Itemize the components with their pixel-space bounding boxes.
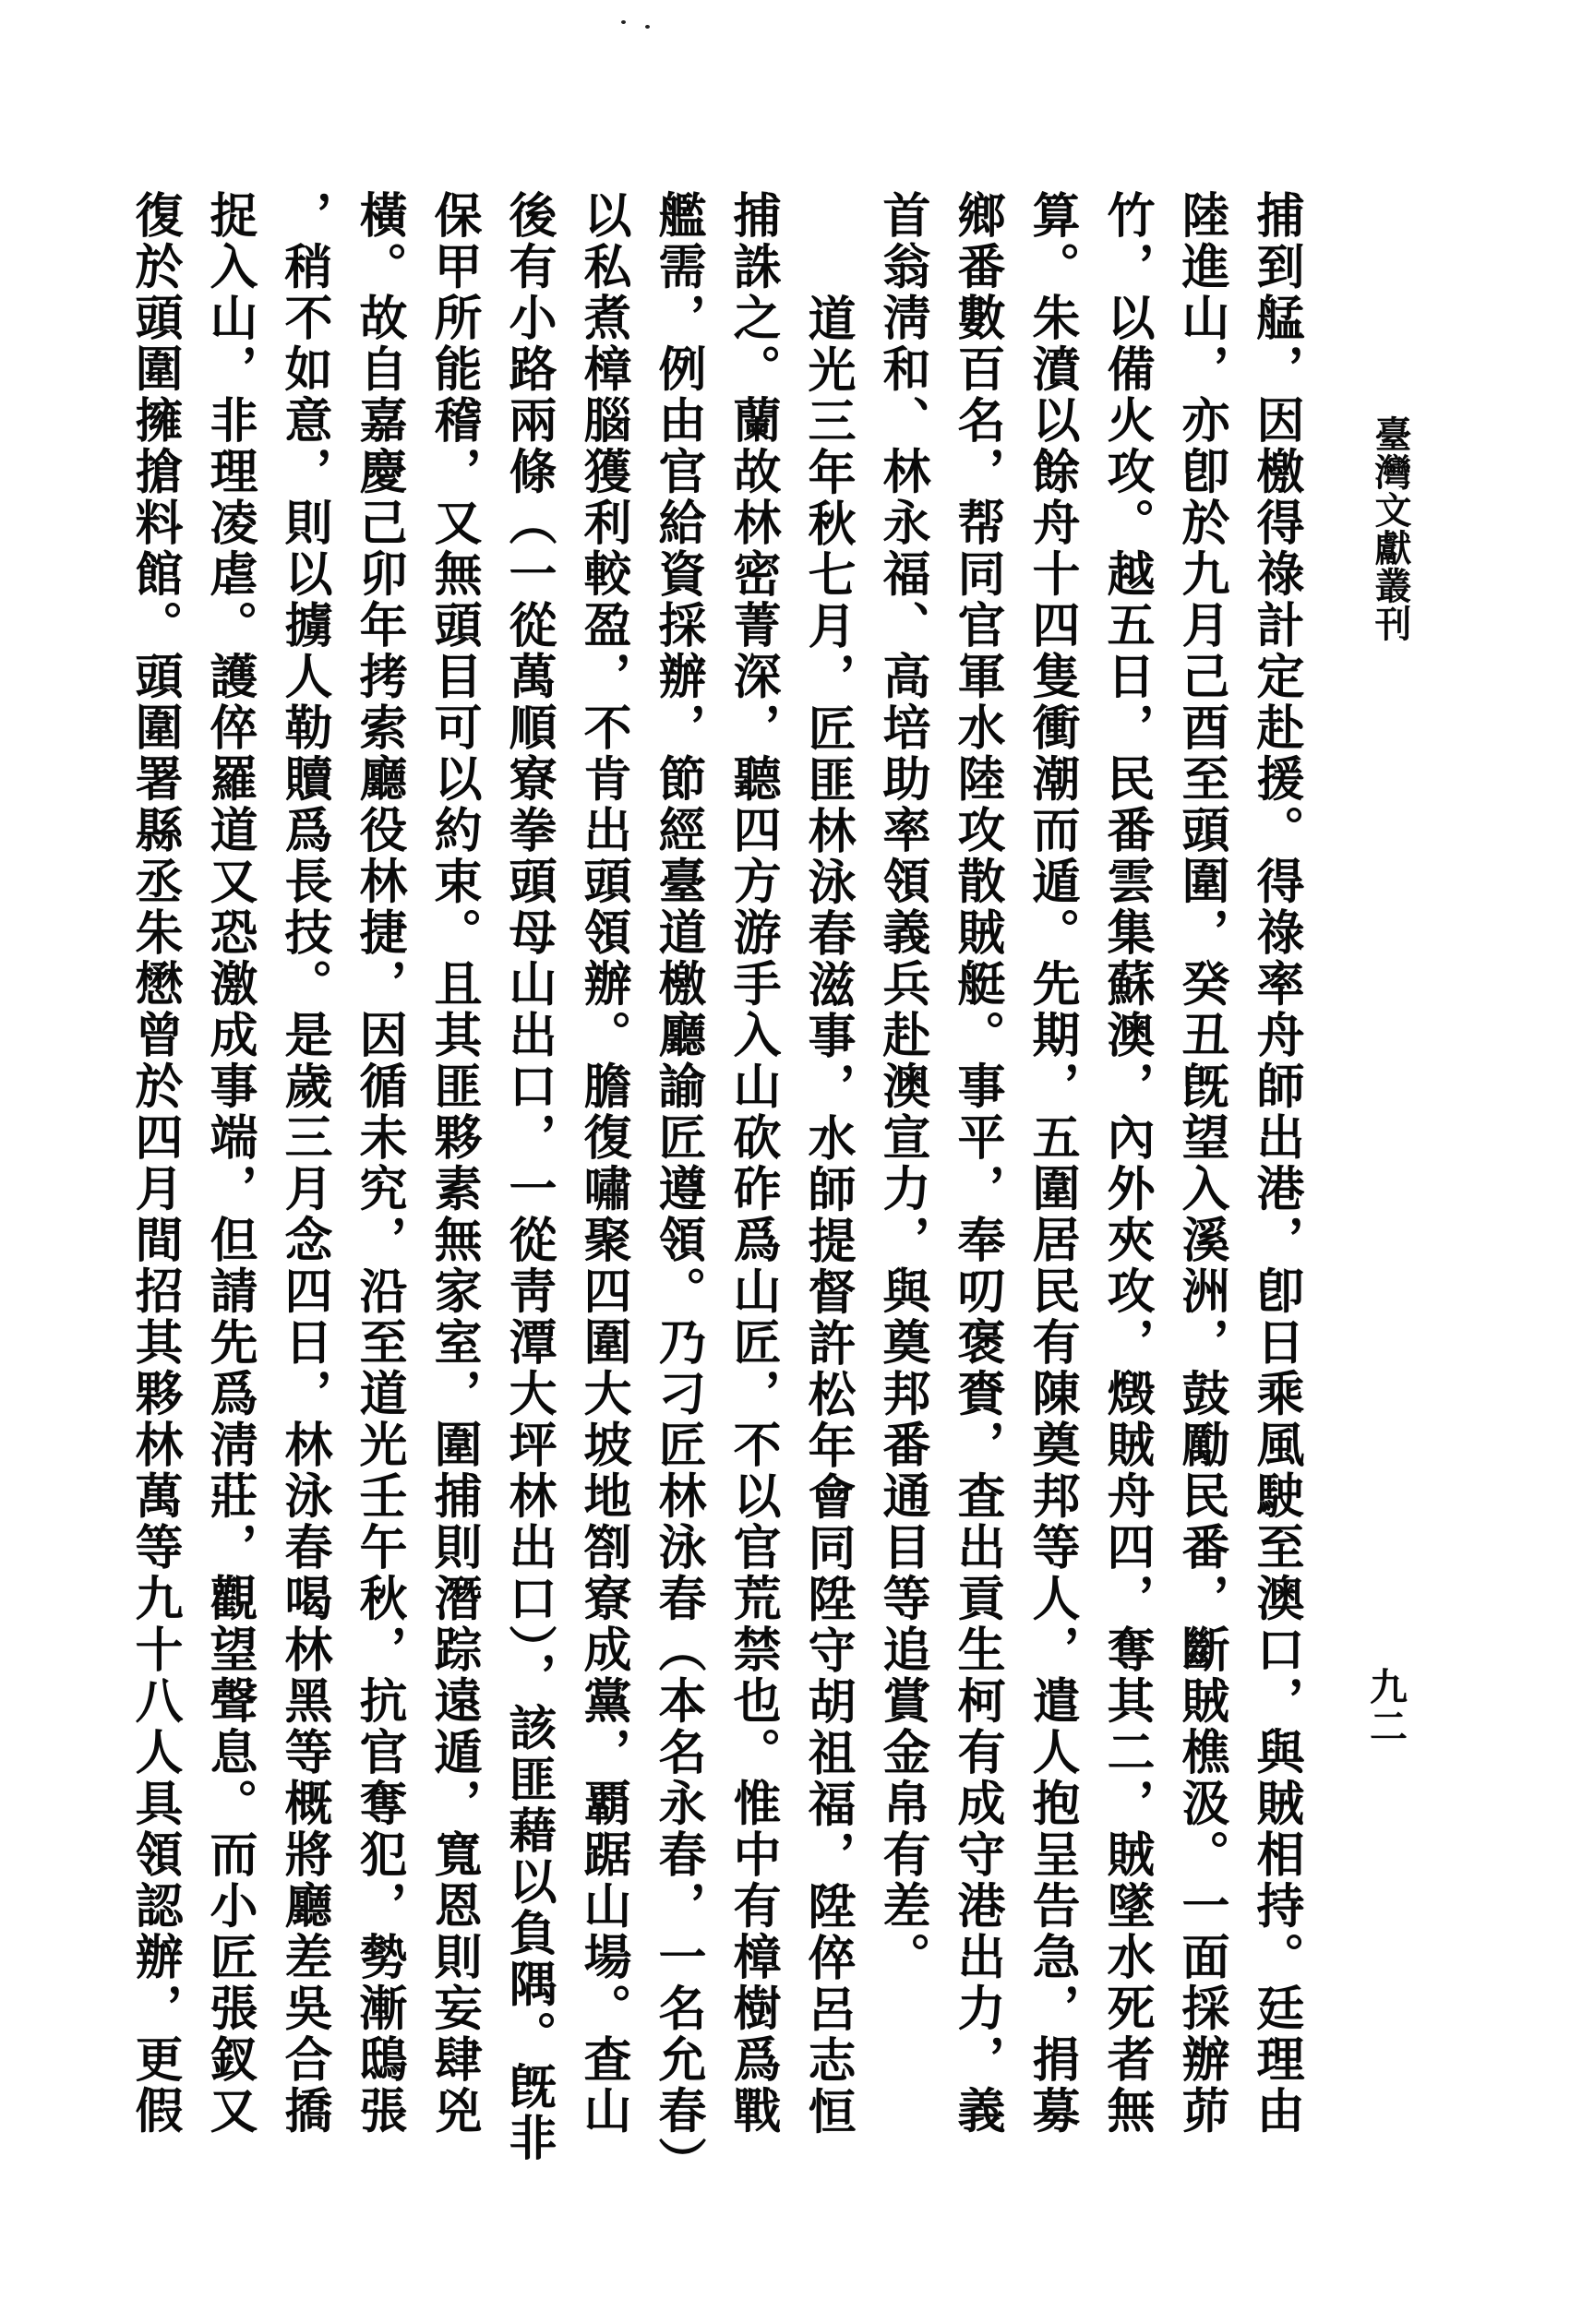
text-column-5: 鄉番數百名，帮同官軍水陸攻散賊艇。事平，奉叨褒賚，査出貢生柯有成守港出力，義 <box>939 190 1013 2141</box>
ink-speck <box>645 25 650 29</box>
text-column-14: ，稍不如意，則以擄人勒贖爲長技。是歲三月念四日，林泳春喝林黑等概將廳差吳合撟 <box>266 190 341 2141</box>
text-column-15: 捉入山，非理凌虐。護倅羅道又恐激成事端，但請先爲淸莊，觀望聲息。而小匠張釵又 <box>191 190 266 2141</box>
ink-speck <box>621 20 626 24</box>
text-column-13: 橫。故自嘉慶己卯年拷索廳役林捷，因循未究，沿至道光壬午秋，抗官奪犯，勢漸鴟張 <box>341 190 415 2141</box>
text-block: 捕到艋，因檄得祿計定赴援。得祿率舟師出港，卽日乘風駛至澳口，與賊相持。廷理由陸進… <box>116 190 1312 2141</box>
text-column-8: 捕誅之。蘭故林密菁深，聽四方游手入山砍砟爲山匠，不以官荒禁也。惟中有樟樹爲戰 <box>714 190 789 2141</box>
text-column-9: 艦需，例由官給資採辦，節經臺道檄廳諭匠遵領。乃刁匠林泳春（本名永春，一名允春） <box>640 190 714 2141</box>
text-column-12: 保甲所能稽，又無頭目可以約束。且其匪夥素無家室，圍捕則潛踪遠遁，寬恩則妄肆兇 <box>415 190 490 2141</box>
text-column-3: 竹，以備火攻。越五日，民番雲集蘇澳，內外夾攻，燬賊舟四，奪其二，賊墜水死者無 <box>1088 190 1163 2141</box>
text-column-4: 算。朱濆以餘舟十四隻衝潮而遁。先期，五圍居民有陳奠邦等人，遣人抱呈告急，捐募 <box>1013 190 1088 2141</box>
text-column-11: 後有小路兩條（一從萬順寮拳頭母山出口，一從靑潭大坪林出口），該匪藉以負隅。旣非 <box>490 190 565 2141</box>
text-column-16: 復於頭圍擁搶料館。頭圍署縣丞朱懋曾於四月間招其夥林萬等九十八人具領認辦，更假 <box>116 190 191 2141</box>
scanned-book-page: 臺灣文獻叢刊 捕到艋，因檄得祿計定赴援。得祿率舟師出港，卽日乘風駛至澳口，與賊相… <box>0 0 1582 2324</box>
page-number: 九二 <box>1361 1667 1409 1746</box>
text-column-1: 捕到艋，因檄得祿計定赴援。得祿率舟師出港，卽日乘風駛至澳口，與賊相持。廷理由 <box>1238 190 1312 2141</box>
text-column-6: 首翁淸和、林永福、高培助率領義兵赴澳宣力，與奠邦番通目等追賞金帛有差。 <box>864 190 939 2141</box>
text-column-10: 以私煮樟腦獲利較盈，不肯出頭領辦。膽復嘯聚四圍大坡地劄寮成黨，覇踞山場。査山 <box>565 190 640 2141</box>
text-column-7: 道光三年秋七月，匠匪林泳春滋事，水師提督許松年會同陞守胡祖福，陞倅呂志恒 <box>789 190 864 2141</box>
series-title: 臺灣文獻叢刊 <box>1366 415 1414 642</box>
text-column-2: 陸進山，亦卽於九月己酉至頭圍，癸丑旣望入溪洲，鼓勵民番，斷賊樵汲。一面採辦茆 <box>1163 190 1238 2141</box>
